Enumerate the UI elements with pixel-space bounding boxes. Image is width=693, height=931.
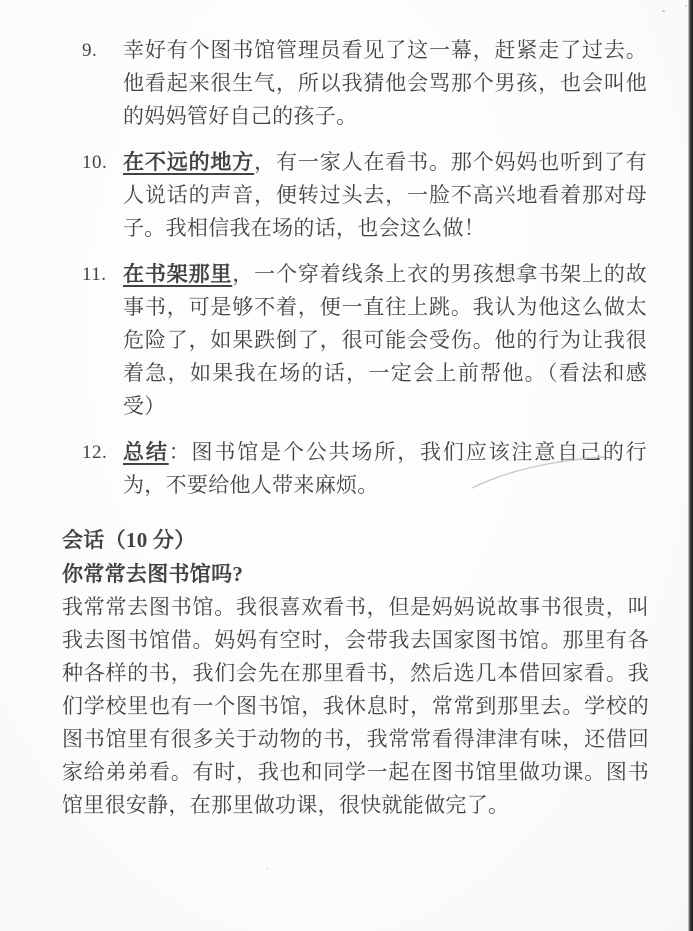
item-text: 幸好有个图书馆管理员看见了这一幕，赶紧走了过去。他看起来很生气，所以我猜他会骂那…	[123, 38, 647, 128]
item-text: ：图书馆是个公共场所，我们应该注意自己的行为，不要给他人带来麻烦。	[123, 440, 647, 497]
dialogue-section: 会话（10 分） 你常常去图书馆吗? 我常常去图书馆。我很喜欢看书，但是妈妈说故…	[62, 523, 649, 822]
numbered-item-12: 12. 总结：图书馆是个公共场所，我们应该注意自己的行为，不要给他人带来麻烦。	[0, 436, 693, 502]
item-text-block: 幸好有个图书馆管理员看见了这一幕，赶紧走了过去。他看起来很生气，所以我猜他会骂那…	[123, 34, 647, 133]
answer-list: 9. 幸好有个图书馆管理员看见了这一幕，赶紧走了过去。他看起来很生气，所以我猜他…	[0, 34, 693, 822]
item-underlined-lead: 在书架那里	[123, 262, 232, 286]
scanned-document-page: 9. 幸好有个图书馆管理员看见了这一幕，赶紧走了过去。他看起来很生气，所以我猜他…	[0, 0, 693, 931]
numbered-item-10: 10. 在不远的地方，有一家人在看书。那个妈妈也听到了有人说话的声音，便转过头去…	[0, 146, 693, 245]
item-number: 9.	[82, 34, 123, 133]
item-text-block: 总结：图书馆是个公共场所，我们应该注意自己的行为，不要给他人带来麻烦。	[123, 436, 647, 502]
item-underlined-lead: 在不远的地方	[123, 150, 254, 174]
section-heading: 会话（10 分）	[62, 523, 649, 557]
item-number: 10.	[82, 146, 123, 245]
numbered-item-9: 9. 幸好有个图书馆管理员看见了这一幕，赶紧走了过去。他看起来很生气，所以我猜他…	[0, 34, 693, 133]
item-text-block: 在书架那里，一个穿着线条上衣的男孩想拿书架上的故事书，可是够不着，便一直往上跳。…	[123, 258, 647, 423]
item-number: 11.	[82, 258, 123, 423]
dialogue-answer-paragraph: 我常常去图书馆。我很喜欢看书，但是妈妈说故事书很贵，叫我去图书馆借。妈妈有空时，…	[62, 591, 649, 822]
dialogue-question: 你常常去图书馆吗?	[62, 557, 649, 591]
scan-edge-shadow	[688, 0, 693, 931]
scan-speckle	[266, 868, 268, 870]
scan-speckle	[376, 733, 378, 735]
item-number: 12.	[82, 436, 123, 502]
item-underlined-lead: 总结	[123, 440, 169, 464]
scan-speckle	[685, 5, 687, 7]
item-text-block: 在不远的地方，有一家人在看书。那个妈妈也听到了有人说话的声音，便转过头去，一脸不…	[123, 146, 647, 245]
scan-speckle	[662, 10, 665, 12]
numbered-item-11: 11. 在书架那里，一个穿着线条上衣的男孩想拿书架上的故事书，可是够不着，便一直…	[0, 258, 693, 423]
